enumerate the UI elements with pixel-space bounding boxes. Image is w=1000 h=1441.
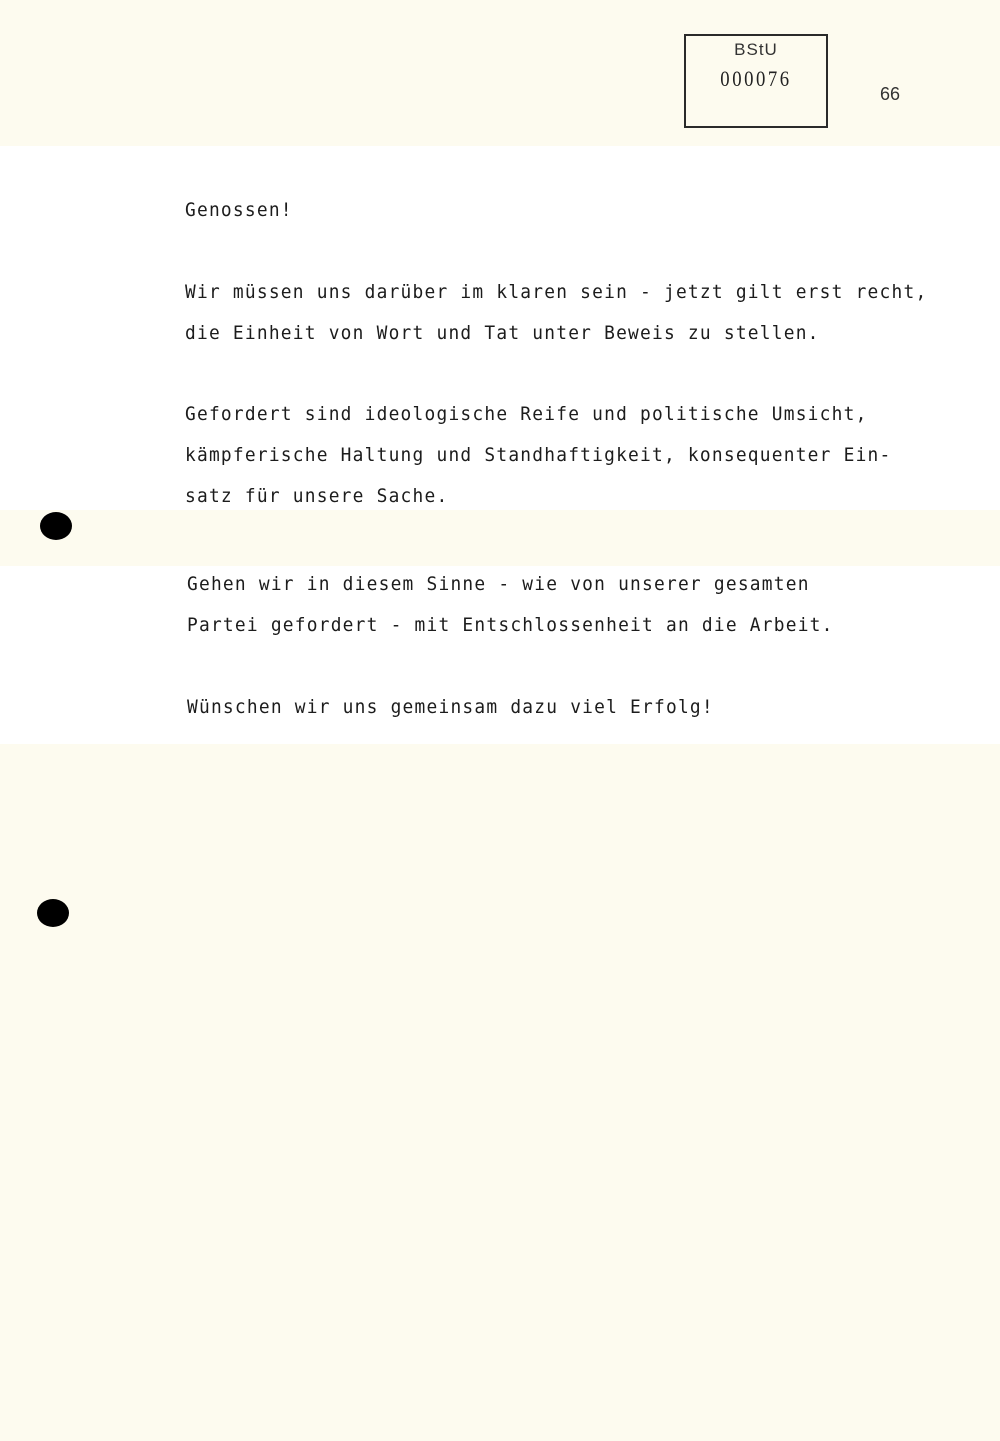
text-line: kämpferische Haltung und Standhaftigkeit… (185, 444, 892, 466)
stamp-organization: BStU (686, 40, 826, 60)
punch-hole (37, 899, 69, 927)
page-number: 66 (880, 84, 900, 105)
text-line: satz für unsere Sache. (185, 485, 448, 507)
punch-hole (40, 512, 72, 540)
text-line: die Einheit von Wort und Tat unter Bewei… (185, 322, 820, 344)
text-line: Gehen wir in diesem Sinne - wie von unse… (187, 573, 810, 595)
text-line: Gefordert sind ideologische Reife und po… (185, 403, 868, 425)
stamp-number: 000076 (697, 66, 816, 92)
archive-stamp: BStU 000076 (684, 34, 828, 128)
text-line: Wir müssen uns darüber im klaren sein - … (185, 281, 927, 303)
text-line: Partei gefordert - mit Entschlossenheit … (187, 614, 834, 636)
salutation: Genossen! (185, 199, 293, 221)
text-line: Wünschen wir uns gemeinsam dazu viel Erf… (187, 696, 714, 718)
